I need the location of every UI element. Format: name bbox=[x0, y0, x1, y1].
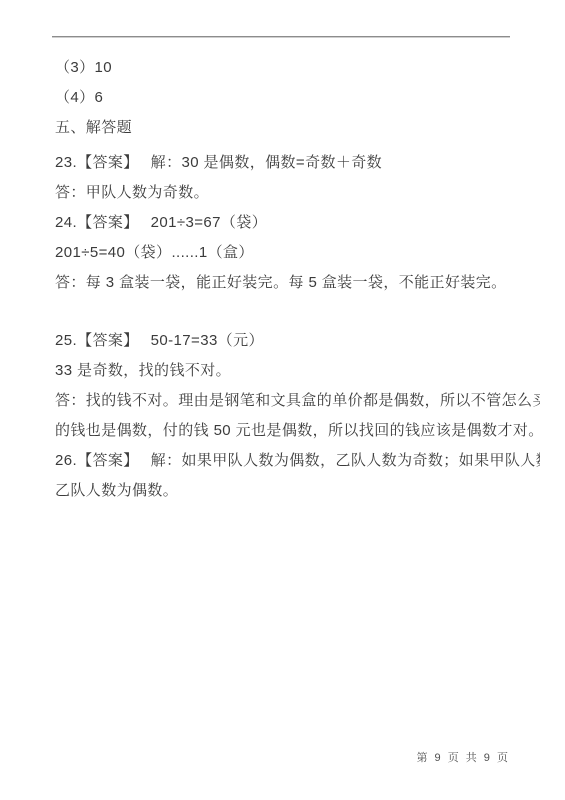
fill-answer-3: （3）10 bbox=[55, 53, 540, 83]
page-number-indicator: 第 9 页 共 9 页 bbox=[416, 749, 510, 765]
fill-answer-4: （4）6 bbox=[55, 83, 540, 113]
answer-26-number: 26. bbox=[55, 452, 77, 469]
answer-23-number: 23. bbox=[55, 154, 77, 171]
document-page: （3）10 （4）6 五、解答题 23.【答案】解：30 是偶数，偶数=奇数＋奇… bbox=[0, 0, 565, 800]
answer-24-line-1: 201÷5=40（袋）......1（盒） bbox=[55, 238, 540, 268]
answer-25-header: 25.【答案】50-17=33（元） bbox=[55, 326, 540, 356]
answer-25-label: 【答案】 bbox=[77, 332, 139, 349]
answer-24-label: 【答案】 bbox=[77, 214, 139, 231]
answer-24-number: 24. bbox=[55, 214, 77, 231]
answer-25-content: 50-17=33（元） bbox=[151, 332, 264, 349]
answer-25-line-2: 答：找的钱不对。理由是钢笔和文具盒的单价都是偶数，所以不管怎么买，花 bbox=[55, 386, 540, 416]
answer-23-content: 解：30 是偶数，偶数=奇数＋奇数 bbox=[151, 154, 382, 171]
document-content: （3）10 （4）6 五、解答题 23.【答案】解：30 是偶数，偶数=奇数＋奇… bbox=[55, 53, 540, 506]
answer-25-number: 25. bbox=[55, 332, 77, 349]
answer-24-content: 201÷3=67（袋） bbox=[151, 214, 267, 231]
answer-26-label: 【答案】 bbox=[77, 452, 139, 469]
answer-24-header: 24.【答案】201÷3=67（袋） bbox=[55, 208, 540, 238]
answer-26-header: 26.【答案】解：如果甲队人数为偶数，乙队人数为奇数；如果甲队人数为奇数， bbox=[55, 446, 540, 476]
answer-25-line-3: 的钱也是偶数，付的钱 50 元也是偶数，所以找回的钱应该是偶数才对。 bbox=[55, 416, 540, 446]
answer-23-line-1: 答：甲队人数为奇数。 bbox=[55, 178, 540, 208]
header-divider-line bbox=[52, 36, 510, 38]
answer-23-header: 23.【答案】解：30 是偶数，偶数=奇数＋奇数 bbox=[55, 148, 540, 178]
section-heading: 五、解答题 bbox=[55, 113, 540, 143]
answer-23-label: 【答案】 bbox=[77, 154, 139, 171]
answer-25-line-1: 33 是奇数，找的钱不对。 bbox=[55, 356, 540, 386]
answer-24-line-2: 答：每 3 盒装一袋，能正好装完。每 5 盒装一袋，不能正好装完。 bbox=[55, 268, 540, 298]
answer-26-content: 解：如果甲队人数为偶数，乙队人数为奇数；如果甲队人数为奇数， bbox=[151, 452, 540, 469]
answer-26-line-1: 乙队人数为偶数。 bbox=[55, 476, 540, 506]
